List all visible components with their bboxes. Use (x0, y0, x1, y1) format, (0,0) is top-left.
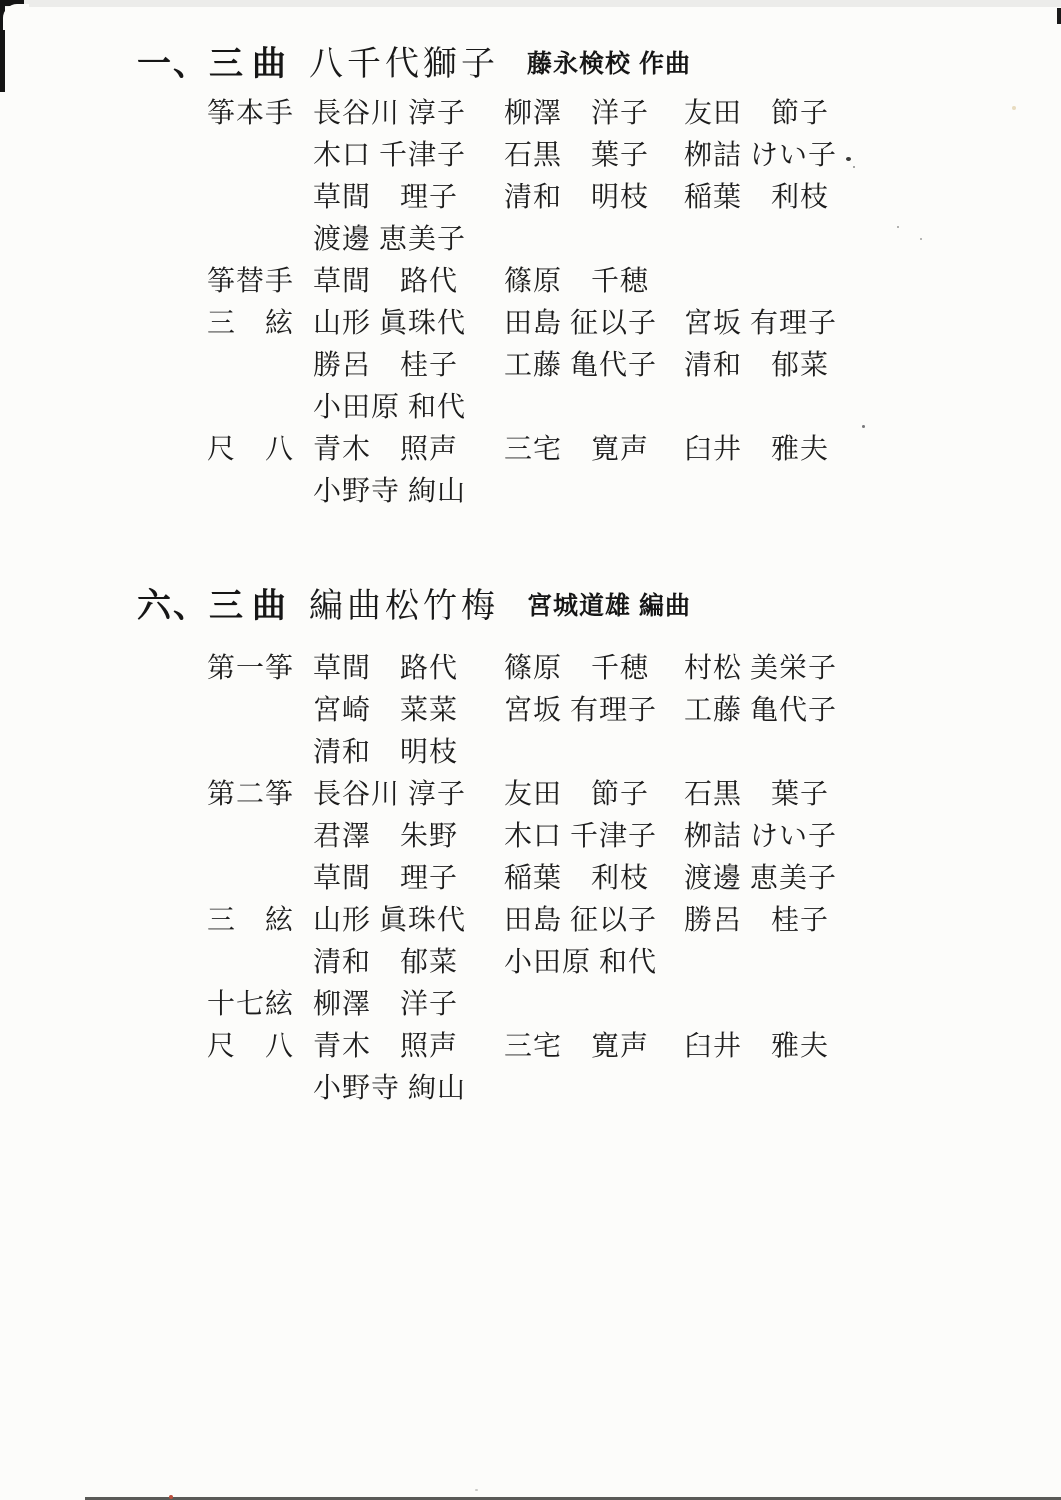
performer-name: 友田 節子 (504, 772, 684, 812)
performer-name: 山形 眞珠代 (313, 301, 504, 341)
performer-name: 小野寺 絢山 (313, 1066, 504, 1106)
performer-name: 渡邊 恵美子 (684, 856, 837, 896)
scanned-program-page: 一、三曲 八千代獅子 藤永検校 作曲 筝本手長谷川 淳子柳澤 洋子友田 節子木口… (0, 0, 1061, 1500)
performer-name: 清和 明枝 (313, 730, 504, 770)
performer-name: 田島 征以子 (504, 898, 684, 938)
piece-credit: 宮城道雄 編曲 (527, 592, 691, 620)
performer-name: 長谷川 淳子 (313, 91, 504, 131)
program-section-1: 一、三曲 八千代獅子 藤永検校 作曲 筝本手長谷川 淳子柳澤 洋子友田 節子木口… (0, 36, 1061, 510)
performer-name: 柳澤 洋子 (313, 982, 504, 1022)
performer-row: 草間 理子稲葉 利枝渡邊 恵美子 (0, 855, 1061, 897)
performer-name: 宮崎 菜菜 (313, 688, 504, 728)
performer-row: 尺 八青木 照声三宅 寛声臼井 雅夫 (0, 426, 1061, 468)
performer-name: 栁詰 けい子 (684, 814, 837, 854)
performer-name: 清和 明枝 (504, 175, 684, 215)
performer-name: 田島 征以子 (504, 301, 684, 341)
performer-name: 宮坂 有理子 (504, 688, 684, 728)
performer-name: 清和 郁菜 (313, 940, 504, 980)
performer-name: 稲葉 利枝 (684, 175, 829, 215)
performer-row: 渡邊 恵美子 (0, 216, 1061, 258)
performer-row: 筝替手草間 路代篠原 千穂 (0, 258, 1061, 300)
performer-name: 小田原 和代 (504, 940, 684, 980)
part-label: 尺 八 (207, 427, 313, 467)
performer-groups: 第一筝草間 路代篠原 千穂村松 美栄子宮崎 菜菜宮坂 有理子工藤 亀代子清和 明… (0, 645, 1061, 1107)
piece-title: 八千代獅子 (309, 46, 499, 83)
performer-name: 臼井 雅夫 (684, 427, 829, 467)
performer-name: 石黒 葉子 (504, 133, 684, 173)
part-label: 三 絃 (207, 301, 313, 341)
part-label: 第二筝 (207, 772, 313, 812)
performer-name: 草間 理子 (313, 175, 504, 215)
performer-row: 三 絃山形 眞珠代田島 征以子宮坂 有理子 (0, 300, 1061, 342)
performer-name: 木口 千津子 (504, 814, 684, 854)
piece-number: 六、 (137, 587, 209, 625)
scan-top-band (0, 0, 1061, 7)
performer-name: 宮坂 有理子 (684, 301, 837, 341)
performer-name: 清和 郁菜 (684, 343, 829, 383)
scan-speck (169, 1495, 173, 1499)
performer-name: 勝呂 桂子 (313, 343, 504, 383)
performer-name: 君澤 朱野 (313, 814, 504, 854)
part-label: 筝本手 (207, 91, 313, 131)
piece-genre: 三曲 (209, 45, 295, 83)
performer-row: 草間 理子清和 明枝稲葉 利枝 (0, 174, 1061, 216)
performer-row: 小野寺 絢山 (0, 468, 1061, 510)
part-label: 筝替手 (207, 259, 313, 299)
performer-row: 三 絃山形 眞珠代田島 征以子勝呂 桂子 (0, 897, 1061, 939)
part-label: 三 絃 (207, 898, 313, 938)
performer-row: 第一筝草間 路代篠原 千穂村松 美栄子 (0, 645, 1061, 687)
piece-credit: 藤永検校 作曲 (527, 50, 691, 78)
performer-name: 篠原 千穂 (504, 259, 684, 299)
performer-groups: 筝本手長谷川 淳子柳澤 洋子友田 節子木口 千津子石黒 葉子栁詰 けい子草間 理… (0, 90, 1061, 510)
performer-name: 柳澤 洋子 (504, 91, 684, 131)
part-label: 尺 八 (207, 1024, 313, 1064)
performer-name: 友田 節子 (684, 91, 829, 131)
performer-row: 第二筝長谷川 淳子友田 節子石黒 葉子 (0, 771, 1061, 813)
performer-name: 石黒 葉子 (684, 772, 829, 812)
performer-name: 稲葉 利枝 (504, 856, 684, 896)
scan-speck (475, 1489, 478, 1491)
performer-name: 草間 路代 (313, 646, 504, 686)
performer-name: 長谷川 淳子 (313, 772, 504, 812)
scan-corner-top-right (1057, 8, 1061, 24)
performer-name: 小田原 和代 (313, 385, 504, 425)
performer-name: 三宅 寛声 (504, 1024, 684, 1064)
performer-row: 清和 明枝 (0, 729, 1061, 771)
performer-name: 篠原 千穂 (504, 646, 684, 686)
performer-name: 青木 照声 (313, 1024, 504, 1064)
performer-name: 工藤 亀代子 (684, 688, 837, 728)
performer-name: 勝呂 桂子 (684, 898, 829, 938)
scan-corner-rounding (3, 4, 29, 30)
performer-row: 十七絃柳澤 洋子 (0, 981, 1061, 1023)
performer-name: 臼井 雅夫 (684, 1024, 829, 1064)
section-heading: 六、三曲 編曲松竹梅 宮城道雄 編曲 (0, 578, 1061, 645)
program-section-2: 六、三曲 編曲松竹梅 宮城道雄 編曲 第一筝草間 路代篠原 千穂村松 美栄子宮崎… (0, 578, 1061, 1107)
performer-row: 勝呂 桂子工藤 亀代子清和 郁菜 (0, 342, 1061, 384)
performer-name: 三宅 寛声 (504, 427, 684, 467)
performer-row: 君澤 朱野木口 千津子栁詰 けい子 (0, 813, 1061, 855)
part-label: 十七絃 (207, 982, 313, 1022)
performer-name: 草間 理子 (313, 856, 504, 896)
performer-name: 工藤 亀代子 (504, 343, 684, 383)
performer-name: 小野寺 絢山 (313, 469, 504, 509)
part-label: 第一筝 (207, 646, 313, 686)
performer-row: 木口 千津子石黒 葉子栁詰 けい子 (0, 132, 1061, 174)
performer-row: 筝本手長谷川 淳子柳澤 洋子友田 節子 (0, 90, 1061, 132)
piece-genre: 三曲 (209, 587, 295, 625)
performer-name: 村松 美栄子 (684, 646, 837, 686)
performer-name: 山形 眞珠代 (313, 898, 504, 938)
performer-name: 渡邊 恵美子 (313, 217, 504, 257)
performer-name: 木口 千津子 (313, 133, 504, 173)
performer-row: 小野寺 絢山 (0, 1065, 1061, 1107)
performer-row: 尺 八青木 照声三宅 寛声臼井 雅夫 (0, 1023, 1061, 1065)
performer-name: 草間 路代 (313, 259, 504, 299)
performer-name: 青木 照声 (313, 427, 504, 467)
performer-row: 小田原 和代 (0, 384, 1061, 426)
performer-row: 宮崎 菜菜宮坂 有理子工藤 亀代子 (0, 687, 1061, 729)
piece-number: 一、 (137, 45, 209, 83)
piece-title: 編曲松竹梅 (309, 588, 499, 625)
performer-row: 清和 郁菜小田原 和代 (0, 939, 1061, 981)
performer-name: 栁詰 けい子 (684, 133, 837, 173)
section-heading: 一、三曲 八千代獅子 藤永検校 作曲 (0, 36, 1061, 90)
